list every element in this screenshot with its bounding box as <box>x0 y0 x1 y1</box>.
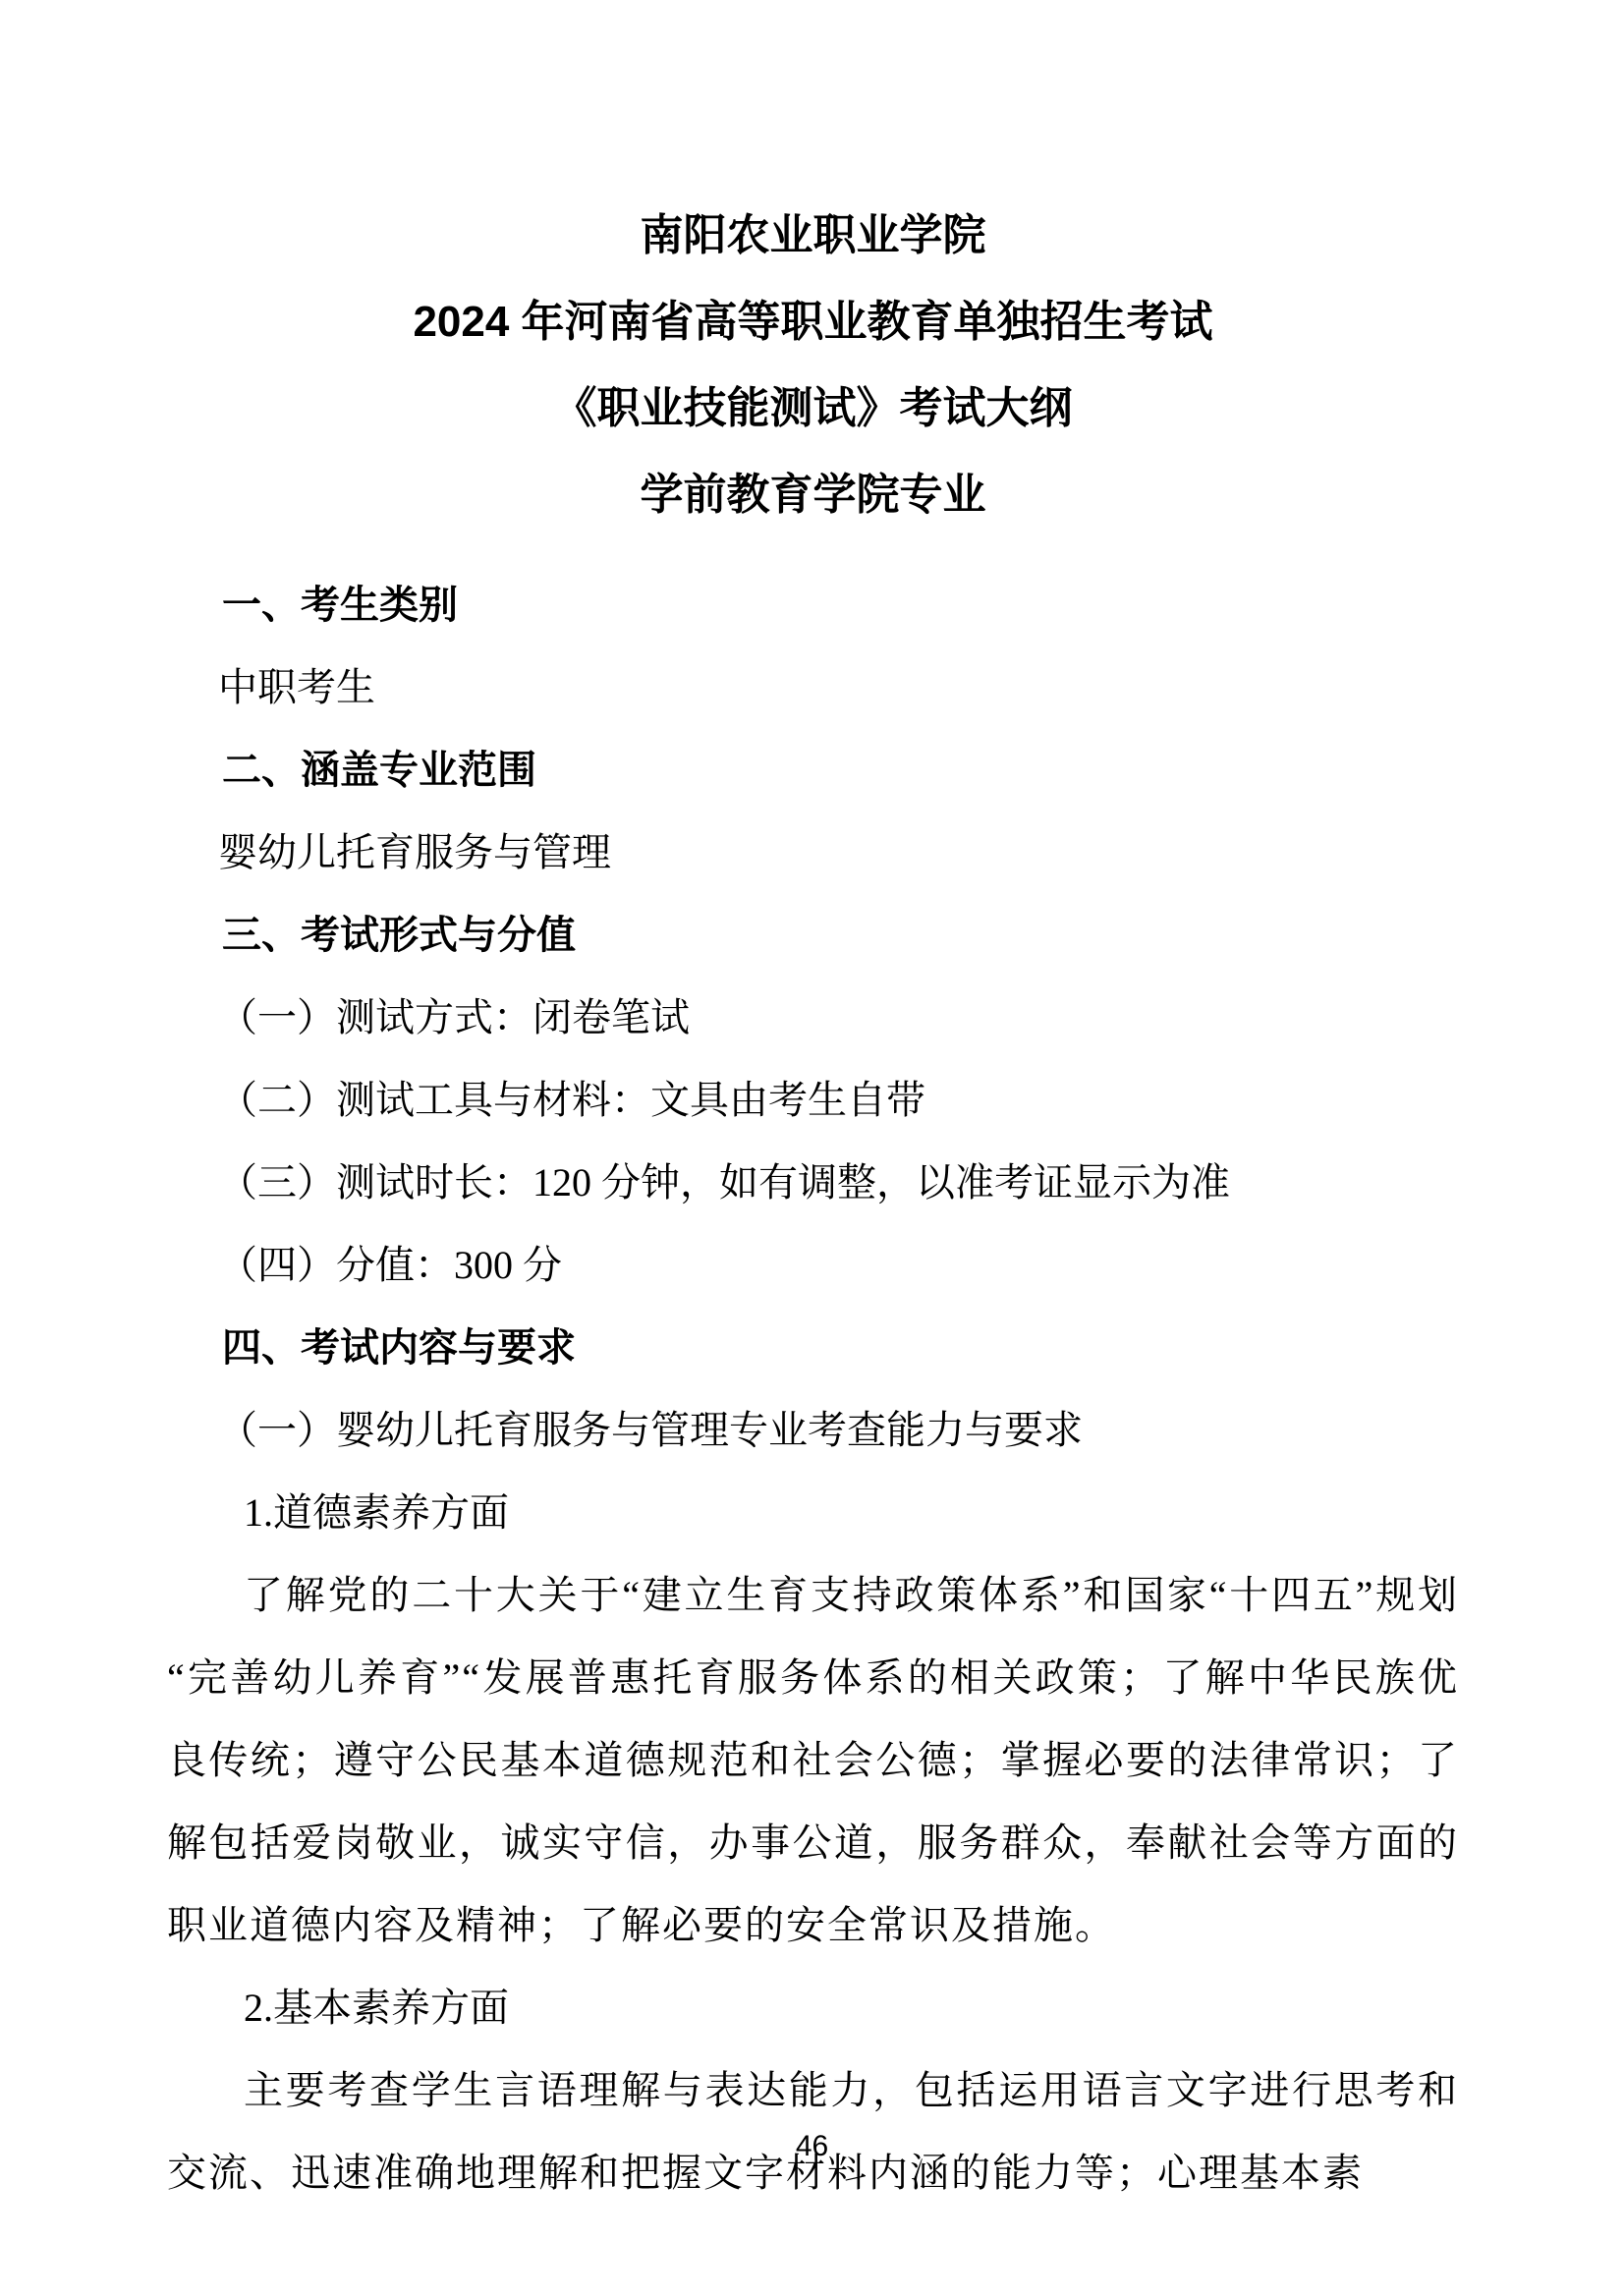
document-content: 南阳农业职业学院 2024 年河南省高等职业教育单独招生考试 《职业技能测试》考… <box>0 0 1624 2214</box>
exam-format-item-duration: （三）测试时长：120 分钟，如有调整，以准考证显示为准 <box>218 1142 1459 1224</box>
document-page: 南阳农业职业学院 2024 年河南省高等职业教育单独招生考试 《职业技能测试》考… <box>0 0 1624 2296</box>
title-line-college: 南阳农业职业学院 <box>167 193 1459 279</box>
exam-format-item-tools: （二）测试工具与材料：文具由考生自带 <box>218 1059 1459 1142</box>
exam-format-item-method: （一）测试方式：闭卷笔试 <box>218 977 1459 1059</box>
page-number: 46 <box>0 2130 1624 2163</box>
title-line-exam: 2024 年河南省高等职业教育单独招生考试 <box>167 279 1459 365</box>
candidate-type-text: 中职考生 <box>218 646 1459 729</box>
title-block: 南阳农业职业学院 2024 年河南省高等职业教育单独招生考试 《职业技能测试》考… <box>167 193 1459 538</box>
paragraph-moral: 了解党的二十大关于“建立生育支持政策体系”和国家“十四五”规划 “完善幼儿养育”… <box>167 1554 1459 1967</box>
major-scope-text: 婴幼儿托育服务与管理 <box>218 812 1459 894</box>
section-heading-exam-content: 四、考试内容与要求 <box>222 1307 1459 1389</box>
section-heading-major-scope: 二、涵盖专业范围 <box>222 729 1459 812</box>
section-heading-candidate-type: 一、考生类别 <box>222 564 1459 646</box>
title-line-major: 学前教育学院专业 <box>167 452 1459 538</box>
exam-content-subheading: （一）婴幼儿托育服务与管理专业考查能力与要求 <box>218 1389 1459 1472</box>
section-heading-exam-format: 三、考试形式与分值 <box>222 894 1459 977</box>
point-title-moral: 1.道德素养方面 <box>244 1472 1459 1554</box>
title-line-outline: 《职业技能测试》考试大纲 <box>167 365 1459 452</box>
exam-format-item-score: （四）分值：300 分 <box>218 1224 1459 1307</box>
point-title-basic: 2.基本素养方面 <box>244 1967 1459 2049</box>
